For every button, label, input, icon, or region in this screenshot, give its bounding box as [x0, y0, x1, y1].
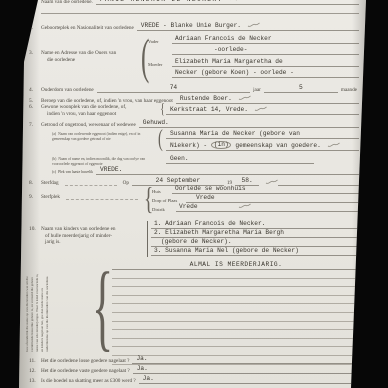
field-number: 7. [29, 123, 41, 128]
field-number: 8. [29, 181, 41, 186]
field-number: (b) [52, 157, 56, 161]
field-label-line: Name en Adresse van die Ouers van [41, 50, 116, 57]
mother-row: Moeder Elizabeth Maria Margaretha de [148, 58, 359, 67]
father-label: Vader [148, 39, 172, 44]
blank-rule-line [112, 270, 359, 279]
field-number: 9. [29, 195, 41, 200]
field-sterfplek-label-row: 9. Sterfplek [29, 192, 141, 200]
father-deceased-row: -oorlede- [148, 47, 359, 56]
child-3-value: 3. Susanna Maria Nel (gebore de Necker) [151, 247, 360, 256]
residence-value: Kerkstraat 14, Vrede. [170, 107, 248, 113]
district-row: Distrik Vrede [152, 203, 359, 212]
pencil-check-icon [247, 22, 260, 28]
all-adults-note: ALMAL IS MEERDERJARIG. [112, 260, 360, 270]
value-brace: { [160, 103, 165, 116]
fixed-property-value: Ja. [133, 366, 359, 374]
big-brace: { [92, 264, 113, 350]
field-label-line: indien 'n vrou, van haar eggenoot [41, 111, 126, 118]
age-months-value: 5 [264, 85, 338, 93]
field-geboorteplek: 2. Geboorteplek en Nasionaliteit van oor… [29, 23, 359, 31]
field-naam: 1. Naam van die oorledene. FANIE HENDRIK… [29, 0, 359, 5]
field-laaste-huwelik: (c) Plek van laaste huwelik VREDE. [52, 167, 359, 175]
field-number: 11. [29, 359, 41, 364]
blank-rule-line [112, 313, 359, 322]
field-label: Geboorteplek en Nasionaliteit van oorled… [41, 26, 134, 31]
child-2-value: 2. Elizabeth Margaretha Maria Bergh [151, 229, 360, 238]
group-paren: ( [158, 129, 163, 150]
field-label: Sterfdag [41, 181, 59, 186]
child-row: 3. Susanna Maria Nel (gebore de Necker) [151, 248, 360, 257]
blank-rule-line [112, 279, 359, 288]
child-row: 1. Adriaan Francois de Necker. [151, 220, 360, 229]
death-place-values: Huis Oorlede se woonhuis Dorp of Plaas V… [152, 185, 359, 212]
field-label: Plek van laaste huwelik [58, 171, 93, 175]
pencil-squiggle-icon [229, 0, 245, 2]
spouse-value-pre: Niekerk) - [170, 143, 211, 149]
town-row: Dorp of Plaas Vrede [152, 194, 359, 203]
blank-rule-line [112, 287, 359, 296]
field-woonplek-value-row: Kerkstraat 14, Vrede. [166, 107, 359, 115]
field-number: 3. [29, 50, 41, 63]
field-ouderdom: 4. Ouderdom van oorledene 74 jaar 5 maan… [29, 85, 360, 93]
birthplace-value: VREDE - Blanke Unie Burger. [141, 23, 241, 29]
field-label-line: die oorledene [41, 57, 116, 64]
blank-rule-line [112, 330, 359, 339]
spouse-value-row-1: Susanna Maria de Necker (gebore van [166, 131, 359, 139]
deceased-name-value: FANIE HENDRIK DE NECKER. [100, 0, 223, 3]
estate-value: Ja. [139, 376, 359, 384]
field-vaste-goedere: 12. Het die oorledene vaste goedere nage… [29, 366, 359, 374]
pencil-check-icon [238, 203, 251, 209]
father-value: Adriaan Francois de Necker [172, 35, 359, 44]
mother-row-2: Necker (gebore Koen) - oorlede - [148, 70, 359, 79]
dotted-leader [65, 179, 117, 186]
blank-lines-section [112, 270, 359, 365]
last-marriage-place-value: VREDE. [96, 167, 359, 175]
mother-label: Moeder [148, 62, 172, 67]
field-label-line: Naam van kinders van oorledene en [41, 226, 115, 233]
town-value: Vrede [186, 194, 359, 203]
field-beroep: 5. Beroep van die oorledene, of, indien … [29, 96, 359, 104]
mother-value-line1: Elizabeth Maria Margaretha de [172, 58, 359, 67]
spouse-community-circled: (in) [211, 141, 231, 149]
child-1-value: 1. Adriaan Francois de Necker. [151, 220, 360, 229]
pencil-check-icon [238, 95, 251, 101]
child-row: (gebore de Necker). [151, 238, 360, 247]
field-losse-goedere: 11. Het die oorledene losse goedere nage… [29, 356, 359, 364]
field-number: (c) [52, 171, 56, 175]
field-number: 1. [29, 0, 41, 5]
scanned-death-notice: 1. Naam van die oorledene. FANIE HENDRIK… [0, 0, 388, 388]
field-label: Het die oorledene losse goedere nagelaat… [41, 359, 129, 364]
field-label: Naam van die oorledene. [41, 0, 93, 5]
field-label: Sterfplek [41, 195, 60, 200]
district-value: Vrede [179, 203, 198, 210]
field-number: 10. [29, 226, 41, 246]
children-instructions-sidenote: Gee afsonderlik die name op van die kind… [25, 272, 59, 352]
field-woonplek-label: 6. Gewone woonplek van die oorledene, of… [29, 104, 164, 117]
field-label: Getroud of ongetroud, wewenaar of wedewe… [41, 123, 136, 128]
field-label: Naam van oorlewende eggenoot (indien eni… [52, 132, 140, 141]
field-number: 2. [29, 26, 41, 31]
death-notice-form-page: 1. Naam van die oorledene. FANIE HENDRIK… [0, 0, 388, 388]
age-years-value: 74 [97, 85, 250, 93]
field-getroud: 7. Getroud of ongetroud, wewenaar of wed… [29, 120, 359, 128]
field-label: Naam of name en, indien moontlik, die da… [52, 157, 145, 166]
blank-rule-line [112, 322, 359, 331]
field-label: Ouderdom van oorledene [41, 88, 94, 93]
spouse-value-post: gemeenskap van goedere. [232, 143, 321, 149]
field-ouers-label: 3. Name en Adresse van die Ouers van die… [29, 50, 147, 63]
blank-rule-line [112, 339, 359, 348]
years-unit-label: jaar [253, 88, 261, 93]
field-number: 12. [29, 369, 41, 374]
field-label: Is die boedel na skatting meer as £300 w… [41, 379, 136, 384]
field-label-line: jarig is. [41, 239, 115, 246]
field-boedel: 13. Is die boedel na skatting meer as £3… [29, 376, 359, 384]
occupation-value: Rustende Boer. [180, 96, 232, 102]
house-row: Huis Oorlede se woonhuis [152, 185, 359, 194]
marital-status-value: Gehuwd. [139, 120, 359, 128]
blank-rule-line [112, 296, 359, 305]
movable-property-value: Ja. [132, 356, 359, 364]
blank-rule-line [41, 7, 359, 14]
district-label: Distrik [152, 207, 176, 212]
pencil-check-icon [327, 142, 340, 148]
dotted-leader [66, 193, 138, 200]
father-deceased-note: -oorlede- [172, 46, 359, 55]
spouse-value-row-2: Niekerk) - (in) gemeenskap van goedere. [166, 143, 359, 151]
field-number: 13. [29, 379, 41, 384]
mother-value-line2: Necker (gebore Koen) - oorlede - [172, 69, 359, 78]
house-label: Huis [152, 189, 172, 194]
field-kinders-label: 10. Naam van kinders van oorledene en of… [29, 226, 147, 246]
house-value: Oorlede se woonhuis [172, 185, 359, 194]
months-unit-label: maande [341, 88, 357, 93]
parents-values: Vader Adriaan Francois de Necker -oorled… [148, 35, 359, 78]
field-label: Het die oorledene vaste goedere nagelaat… [41, 369, 130, 374]
field-number: (a) [52, 132, 56, 136]
child-2-continued: (gebore de Necker). [151, 238, 360, 247]
blank-rule-line [112, 304, 359, 313]
children-values: 1. Adriaan Francois de Necker. 2. Elizab… [151, 220, 360, 256]
field-label-line: Gewone woonplek van die oorledene, of, [41, 104, 126, 111]
field-eggenoot-label: (a)Naam van oorlewende eggenoot (indien … [52, 132, 152, 141]
predeceased-value-row: Geen. [166, 156, 314, 164]
field-number: 6. [29, 104, 41, 117]
blank-rule-line [112, 347, 359, 356]
predeceased-value: Geen. [166, 156, 314, 164]
child-row: 2. Elizabeth Margaretha Maria Bergh [151, 229, 360, 238]
spouse-value-line1: Susanna Maria de Necker (gebore van [166, 131, 359, 139]
children-divider-line [147, 221, 148, 257]
father-row: Vader Adriaan Francois de Necker [148, 35, 359, 44]
on-label: Op [123, 181, 129, 186]
field-number: 4. [29, 88, 41, 93]
field-vooroorlede-label: (b)Naam of name en, indien moontlik, die… [52, 157, 160, 166]
pencil-check-icon [254, 106, 267, 112]
